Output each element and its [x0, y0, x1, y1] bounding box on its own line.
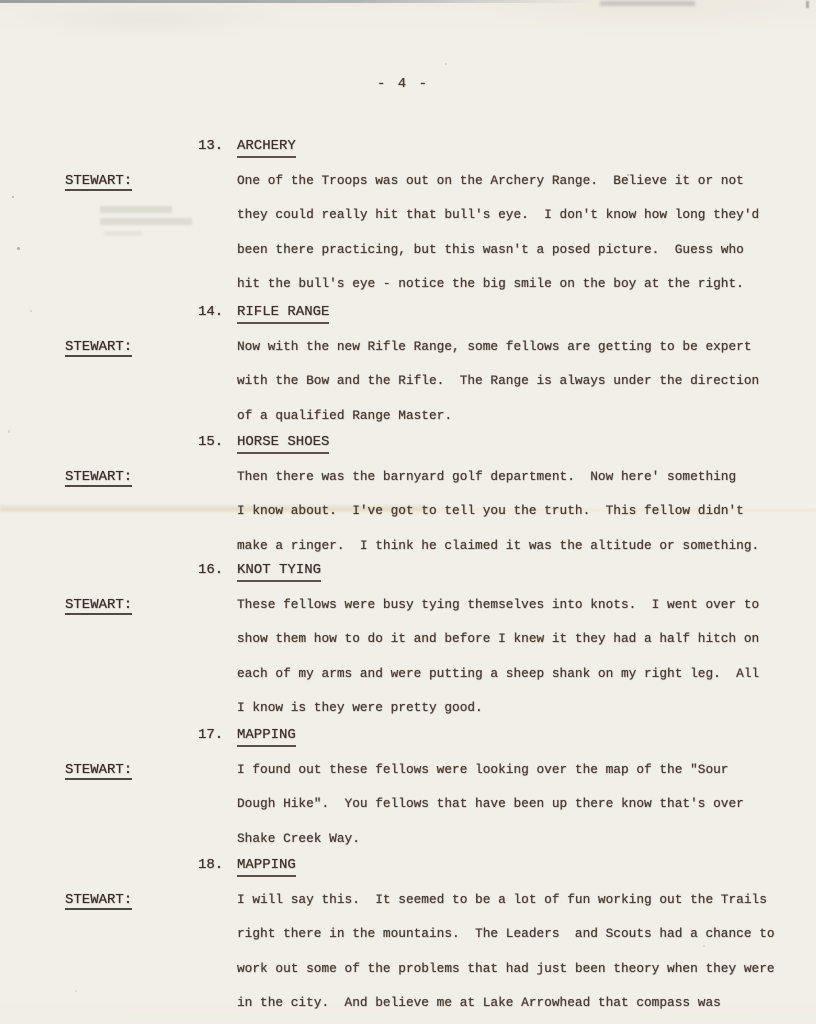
script-line: I know about. I've got to tell you the t… [237, 502, 816, 536]
section-title: RIFLE RANGE [237, 303, 329, 324]
section-title: ARCHERY [237, 137, 296, 158]
script-line: been there practicing, but this wasn't a… [237, 241, 816, 275]
speaker-label: STEWART: [65, 468, 132, 487]
speaker-label: STEWART: [65, 172, 132, 191]
speaker-label: STEWART: [65, 338, 132, 357]
speaker-label: STEWART: [65, 761, 132, 780]
script-line: Dough Hike". You fellows that have been … [237, 795, 816, 829]
section-heading: 15.HORSE SHOES [198, 433, 816, 468]
section-heading: 14.RIFLE RANGE [198, 303, 816, 338]
document-page: - 4 - 13.ARCHERY STEWART: One of the Tro… [0, 0, 816, 1024]
script-line: work out some of the problems that had j… [237, 960, 816, 994]
section-body: One of the Troops was out on the Archery… [237, 172, 816, 310]
script-line: Then there was the barnyard golf departm… [237, 468, 816, 502]
script-line: These fellows were busy tying themselves… [237, 596, 816, 630]
speaker-label: STEWART: [65, 596, 132, 615]
section-number: 16. [198, 561, 237, 579]
script-line: I found out these fellows were looking o… [237, 761, 816, 795]
page-number: - 4 - [377, 76, 429, 92]
paper-speck [445, 63, 447, 65]
section-heading: 16.KNOT TYING [198, 561, 816, 596]
section-body: These fellows were busy tying themselves… [237, 596, 816, 734]
script-line: One of the Troops was out on the Archery… [237, 172, 816, 206]
section-title: MAPPING [237, 856, 296, 877]
section-number: 18. [198, 856, 237, 874]
section-title: HORSE SHOES [237, 433, 329, 454]
script-section: 13.ARCHERY STEWART: One of the Troops wa… [0, 137, 816, 310]
script-line: Now with the new Rifle Range, some fello… [237, 338, 816, 372]
scan-top-edge-artifact [0, 0, 594, 3]
section-heading: 18.MAPPING [198, 856, 816, 891]
section-body: Then there was the barnyard golf departm… [237, 468, 816, 571]
script-section: 18.MAPPING STEWART: I will say this. It … [0, 856, 816, 1024]
section-number: 13. [198, 137, 237, 155]
script-line: I will say this. It seemed to be a lot o… [237, 891, 816, 925]
section-title: KNOT TYING [237, 561, 321, 582]
section-body: I will say this. It seemed to be a lot o… [237, 891, 816, 1024]
script-section: 15.HORSE SHOES STEWART: Then there was t… [0, 433, 816, 571]
script-line: with the Bow and the Rifle. The Range is… [237, 372, 816, 406]
script-line: right there in the mountains. The Leader… [237, 925, 816, 959]
section-heading: 17.MAPPING [198, 726, 816, 761]
section-number: 14. [198, 303, 237, 321]
section-body: Now with the new Rifle Range, some fello… [237, 338, 816, 441]
section-body: I found out these fellows were looking o… [237, 761, 816, 864]
script-line: they could really hit that bull's eye. I… [237, 206, 816, 240]
script-line: show them how to do it and before I knew… [237, 630, 816, 664]
scan-corner-artifact [806, 1, 809, 8]
section-heading: 13.ARCHERY [198, 137, 816, 172]
script-section: 14.RIFLE RANGE STEWART: Now with the new… [0, 303, 816, 441]
script-line: each of my arms and were putting a sheep… [237, 665, 816, 699]
script-section: 16.KNOT TYING STEWART: These fellows wer… [0, 561, 816, 734]
scan-smudge-artifact [600, 1, 695, 6]
speaker-label: STEWART: [65, 891, 132, 910]
script-line: in the city. And believe me at Lake Arro… [237, 994, 816, 1024]
script-section: 17.MAPPING STEWART: I found out these fe… [0, 726, 816, 864]
section-title: MAPPING [237, 726, 296, 747]
section-number: 15. [198, 433, 237, 451]
section-number: 17. [198, 726, 237, 744]
